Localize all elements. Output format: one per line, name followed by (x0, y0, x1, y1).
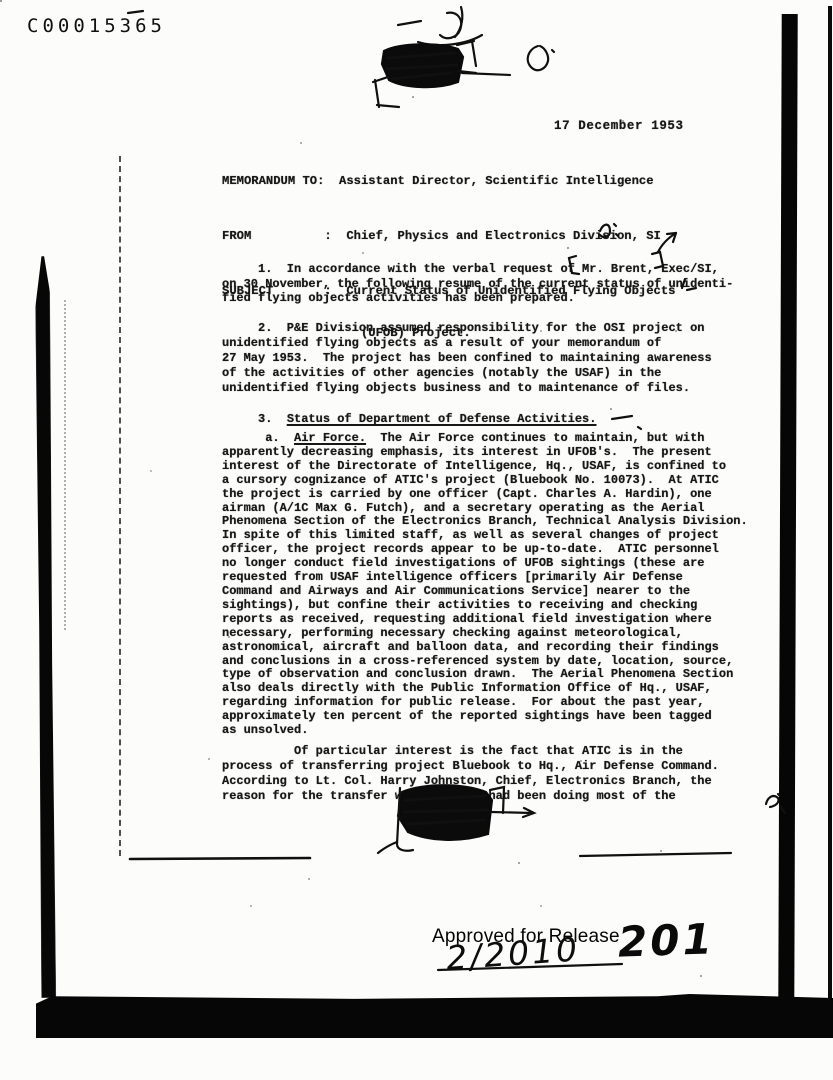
heading-3: 3. Status of Department of Defense Activ… (222, 412, 596, 427)
paragraph-3a-text: The Air Force continues to maintain, but… (222, 431, 748, 737)
paragraph-2: 2. P&E Division assumed responsibility f… (222, 321, 712, 396)
paragraph-1: 1. In accordance with the verbal request… (222, 262, 733, 306)
scan-right-black-band (778, 14, 797, 1006)
scan-bottom-black-band (36, 994, 833, 1038)
paragraph-4: Of particular interest is the fact that … (222, 744, 719, 804)
docid-overline-mark (128, 11, 143, 13)
paragraph-3a-title: Air Force. (294, 431, 366, 445)
handwritten-circle-mark (528, 46, 554, 70)
scan-dotted-fold-line (119, 156, 121, 856)
scan-bottom-noise (60, 1042, 800, 1076)
scan-left-black-band (35, 256, 56, 998)
paragraph-3a-prefix: a. (222, 431, 294, 445)
scan-dotted-fold-line-faint (64, 300, 66, 630)
document-id: C00015365 (27, 15, 166, 37)
heading-3-number: 3. (222, 412, 287, 426)
handwritten-release-date: 2/2010 (445, 929, 582, 977)
memo-from-row: FROM : Chief, Physics and Electronics Di… (222, 229, 675, 243)
scanned-memo-page: C00015365 17 December 1953 MEMORANDUM TO… (0, 0, 833, 1080)
memo-date: 17 December 1953 (554, 119, 684, 133)
paragraph-3a-air-force: a. Air Force. The Air Force continues to… (222, 432, 748, 738)
heading3-dash-mark (612, 416, 641, 429)
redaction-top (373, 41, 510, 107)
memo-to-row: MEMORANDUM TO: Assistant Director, Scien… (222, 174, 675, 188)
handwritten-number-201: 201 (617, 914, 715, 966)
scan-speckles (0, 0, 2, 2)
scan-right-edge-line (828, 6, 832, 1018)
handwritten-top-squiggle (398, 7, 482, 45)
heading-3-title: Status of Department of Defense Activiti… (287, 412, 597, 426)
